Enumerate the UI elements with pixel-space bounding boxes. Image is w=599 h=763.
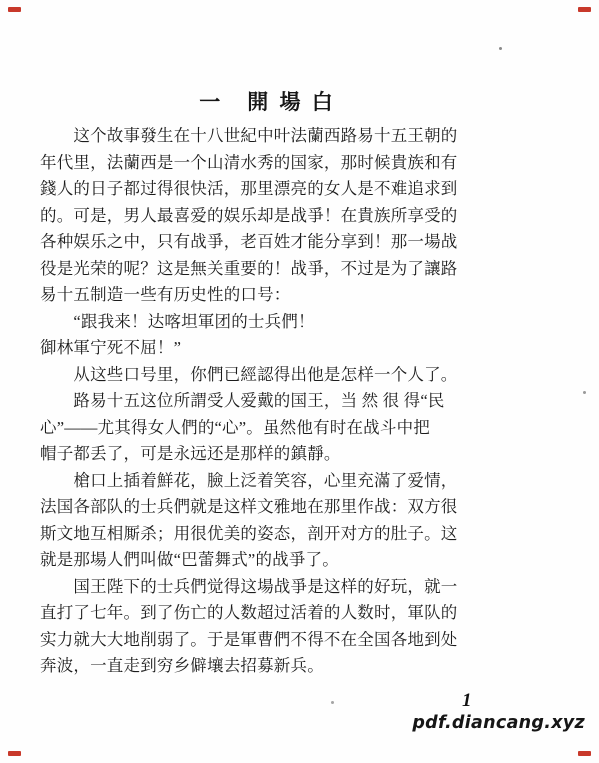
text-line: 从这些口号里，你們已經認得出他是怎样一个人了。 xyxy=(40,362,440,389)
scan-speck xyxy=(583,391,586,394)
text-line: 心”——尤其得女人們的“心”。虽然他有时在战斗中把 xyxy=(40,415,440,442)
text-line: 易十五制造一些有历史性的口号： xyxy=(40,282,440,309)
text-line: 的。可是，男人最喜爱的娱乐却是战爭！在貴族所享受的 xyxy=(40,203,440,230)
text-line: 奔波，一直走到穷乡僻壤去招募新兵。 xyxy=(40,653,440,680)
text-line: 御林軍宁死不屈！” xyxy=(40,335,440,362)
text-line: 錢人的日子都过得很快活，那里漂亮的女人是不难追求到 xyxy=(40,176,440,203)
text-line: 就是那場人們叫做“巴蕾舞式”的战爭了。 xyxy=(40,547,440,574)
page-number: 1 xyxy=(462,690,472,712)
text-line: 路易十五这位所謂受人爱戴的国王，当 然 很 得“民 xyxy=(40,388,440,415)
text-line: 直打了七年。到了伤亡的人数超过活着的人数时，軍队的 xyxy=(40,600,440,627)
corner-mark-top-right xyxy=(578,7,591,12)
scan-speck xyxy=(331,701,334,704)
text-line: 役是光荣的呢？这是無关重要的！战爭，不过是为了讓路 xyxy=(40,256,440,283)
scanned-book-page: 一 開 場 白 这个故事發生在十八世紀中叶法蘭西路易十五王朝的 年代里，法蘭西是… xyxy=(0,0,599,763)
body-text: 这个故事發生在十八世紀中叶法蘭西路易十五王朝的 年代里，法蘭西是一个山清水秀的国… xyxy=(40,123,440,680)
text-line: 各种娱乐之中，只有战爭，老百姓才能分享到！那一場战 xyxy=(40,229,440,256)
text-line: 斯文地互相厮杀；用很优美的姿态，剖开对方的肚子。这 xyxy=(40,521,440,548)
chapter-title-wrap: 一 開 場 白 xyxy=(0,86,567,116)
chapter-title: 一 開 場 白 xyxy=(199,86,336,116)
watermark-text: pdf.diancang.xyz xyxy=(412,713,585,733)
text-line: 槍口上插着鮮花，臉上泛着笑容，心里充滿了爱情， xyxy=(40,468,440,495)
corner-mark-bottom-left xyxy=(8,751,21,756)
text-line: 帽子都丢了，可是永远还是那样的鎮靜。 xyxy=(40,441,440,468)
corner-mark-top-left xyxy=(8,7,21,12)
corner-mark-bottom-right xyxy=(578,751,591,756)
scan-speck xyxy=(499,47,502,50)
text-line: 这个故事發生在十八世紀中叶法蘭西路易十五王朝的 xyxy=(40,123,440,150)
text-line: 年代里，法蘭西是一个山清水秀的国家，那时候貴族和有 xyxy=(40,150,440,177)
text-line: “跟我来！达喀坦軍团的士兵們！ xyxy=(40,309,440,336)
text-line: 法国各部队的士兵們就是这样文雅地在那里作战：双方很 xyxy=(40,494,440,521)
text-line: 国王陛下的士兵們觉得这場战爭是这样的好玩，就一 xyxy=(40,574,440,601)
text-line: 实力就大大地削弱了。于是軍曹們不得不在全国各地到处 xyxy=(40,627,440,654)
